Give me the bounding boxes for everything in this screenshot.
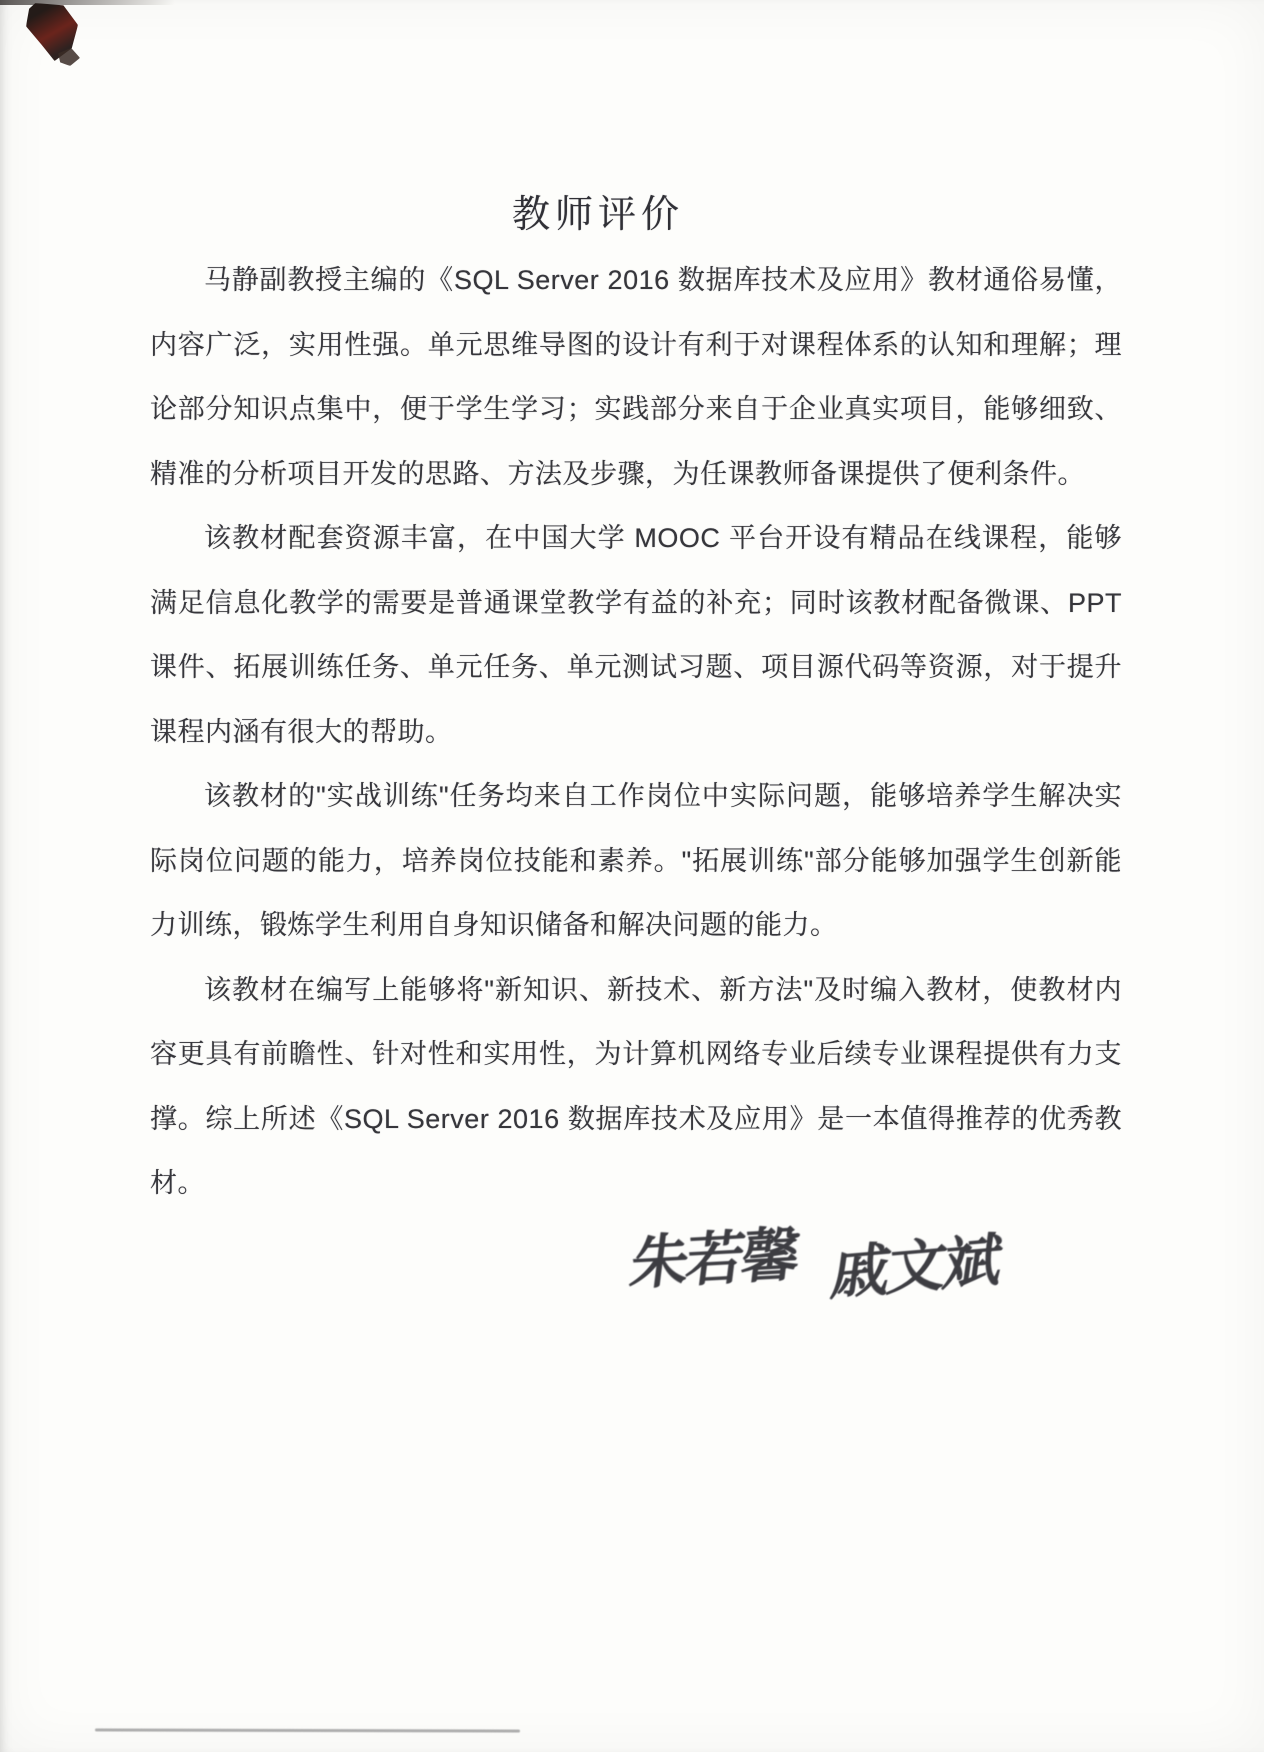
text-line: 满足信息化教学的需要是普通课堂教学有益的补充；同时该教材配备微课、PPT (150, 571, 1122, 636)
scan-artifact-bottom-line (95, 1728, 520, 1732)
text-line: 材。 (150, 1151, 1122, 1216)
text-line: 马静副教授主编的《SQL Server 2016 数据库技术及应用》教材通俗易懂… (150, 248, 1122, 313)
signature-name-2: 戚文斌 (827, 1213, 1007, 1311)
text-line: 论部分知识点集中，便于学生学习；实践部分来自于企业真实项目，能够细致、 (150, 377, 1122, 442)
text-line: 该教材配套资源丰富，在中国大学 MOOC 平台开设有精品在线课程，能够 (150, 506, 1122, 571)
scan-artifact-top-edge (0, 0, 175, 5)
text-line: 撑。综上所述《SQL Server 2016 数据库技术及应用》是一本值得推荐的… (150, 1087, 1122, 1152)
text-line: 课件、拓展训练任务、单元任务、单元测试习题、项目源代码等资源，对于提升 (150, 635, 1122, 700)
text-line: 力训练，锻炼学生利用自身知识储备和解决问题的能力。 (150, 893, 1122, 958)
scanned-document-page: 教师评价 马静副教授主编的《SQL Server 2016 数据库技术及应用》教… (0, 0, 1264, 1752)
page-title: 教师评价 (0, 183, 1230, 238)
text-line: 该教材在编写上能够将"新知识、新技术、新方法"及时编入教材，使教材内 (150, 958, 1122, 1023)
handwritten-signature: 朱若馨 戚文斌 (632, 1212, 1032, 1342)
text-line: 容更具有前瞻性、针对性和实用性，为计算机网络专业后续专业课程提供有力支 (150, 1022, 1122, 1087)
signature-name-1: 朱若馨 (626, 1208, 803, 1301)
text-line: 际岗位问题的能力，培养岗位技能和素养。"拓展训练"部分能够加强学生创新能 (150, 829, 1122, 894)
text-line: 课程内涵有很大的帮助。 (150, 700, 1122, 765)
evaluation-body-text: 马静副教授主编的《SQL Server 2016 数据库技术及应用》教材通俗易懂… (150, 248, 1122, 1216)
text-line: 精准的分析项目开发的思路、方法及步骤，为任课教师备课提供了便利条件。 (150, 442, 1122, 507)
text-line: 内容广泛，实用性强。单元思维导图的设计有利于对课程体系的认知和理解；理 (150, 313, 1122, 378)
text-line: 该教材的"实战训练"任务均来自工作岗位中实际问题，能够培养学生解决实 (150, 764, 1122, 829)
